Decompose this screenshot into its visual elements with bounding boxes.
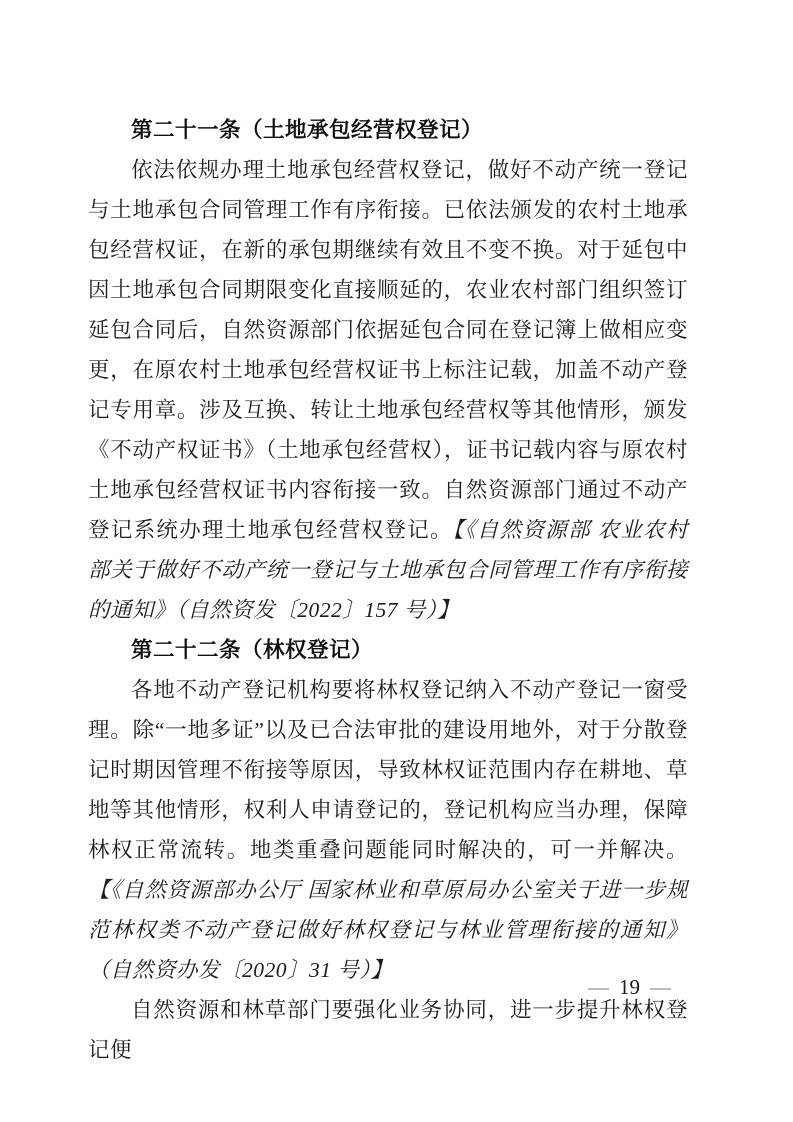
article-22-heading: 第二十二条（林权登记） bbox=[88, 630, 688, 670]
article-22-paragraph-2: 自然资源和林草部门要强化业务协同，进一步提升林权登记便 bbox=[88, 990, 688, 1070]
document-page: 第二十一条（土地承包经营权登记） 依法依规办理土地承包经营权登记，做好不动产统一… bbox=[0, 0, 793, 1122]
page-number-right-dash: — bbox=[640, 975, 681, 999]
article-22-paragraph-1: 各地不动产登记机构要将林权登记纳入不动产登记一窗受理。除“一地多证”以及已合法审… bbox=[88, 670, 688, 990]
paragraph-text: 依法依规办理土地承包经营权登记，做好不动产统一登记与土地承包合同管理工作有序衔接… bbox=[88, 158, 688, 542]
article-21-heading: 第二十一条（土地承包经营权登记） bbox=[88, 110, 688, 150]
page-number: 19 bbox=[619, 975, 640, 999]
citation-text: 【《自然资源部办公厅 国家林业和草原局办公室关于进一步规范林权类不动产登记做好林… bbox=[88, 878, 688, 982]
page-footer: —19— bbox=[578, 972, 681, 1002]
paragraph-text: 各地不动产登记机构要将林权登记纳入不动产登记一窗受理。除“一地多证”以及已合法审… bbox=[88, 678, 688, 862]
page-number-left-dash: — bbox=[578, 975, 619, 999]
document-body: 第二十一条（土地承包经营权登记） 依法依规办理土地承包经营权登记，做好不动产统一… bbox=[88, 110, 688, 1070]
paragraph-text: 自然资源和林草部门要强化业务协同，进一步提升林权登记便 bbox=[88, 998, 688, 1062]
article-21-paragraph: 依法依规办理土地承包经营权登记，做好不动产统一登记与土地承包合同管理工作有序衔接… bbox=[88, 150, 688, 630]
